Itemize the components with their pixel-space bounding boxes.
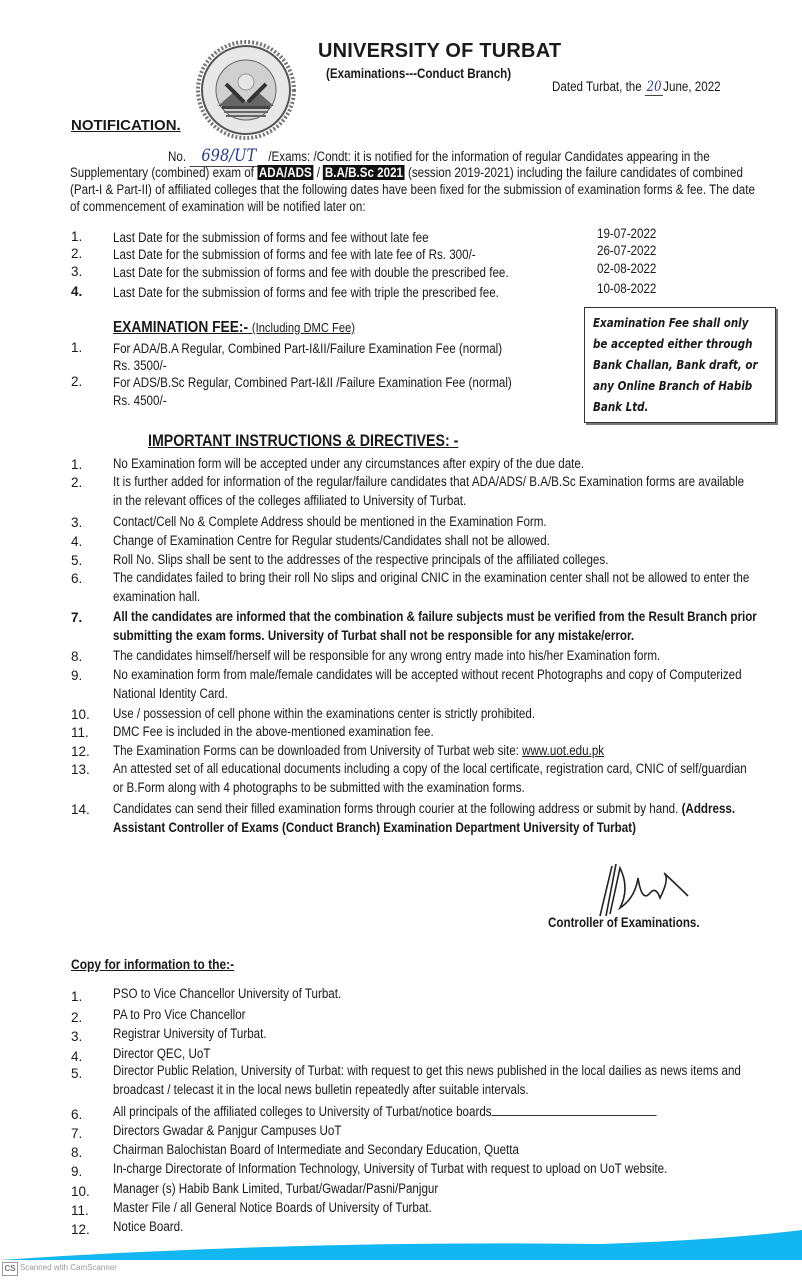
deadline-number: 2.	[71, 246, 82, 261]
no-prefix: No.	[168, 149, 186, 164]
instruction-text: DMC Fee is included in the above-mention…	[113, 723, 434, 741]
instruction-line: Roll No. Slips shall be sent to the addr…	[113, 552, 608, 567]
dated-day: 20	[645, 79, 663, 96]
intro-line-3: (Part-I & Part-II) of affiliated college…	[70, 182, 755, 197]
instruction-text: National Identity Card.	[113, 685, 228, 703]
copy-recipient: Master File / all General Notice Boards …	[113, 1199, 432, 1217]
instruction-line: or B.Form along with 4 photographs to be…	[113, 780, 525, 795]
instruction-text: Assistant Controller of Exams (Conduct B…	[113, 819, 636, 837]
instruction-number: 8.	[71, 649, 82, 664]
instruction-text: The candidates failed to bring their rol…	[113, 569, 749, 587]
scanner-footer-swoosh	[0, 1230, 802, 1270]
copy-recipient: Chairman Balochistan Board of Intermedia…	[113, 1141, 519, 1159]
instruction-number: 11.	[71, 725, 89, 740]
intro-text: (session 2019-2021) including the failur…	[408, 165, 743, 180]
fee-number: 2.	[71, 374, 82, 389]
instruction-text: in the relevant offices of the colleges …	[113, 492, 466, 510]
instruction-line: submitting the exam forms. University of…	[113, 628, 634, 643]
camscanner-watermark: Scanned with CamScanner	[20, 1263, 117, 1272]
exam-fee-note: (Including DMC Fee)	[252, 320, 355, 335]
instruction-line: The Examination Forms can be downloaded …	[113, 743, 522, 758]
dated-suffix: June, 2022	[663, 79, 720, 94]
instruction-text: Roll No. Slips shall be sent to the addr…	[113, 551, 608, 569]
instruction-number: 4.	[71, 534, 82, 549]
fee-box-line: be accepted either through	[593, 334, 743, 355]
instruction-number: 1.	[71, 457, 82, 472]
copy-recipient: PSO to Vice Chancellor University of Tur…	[113, 985, 341, 1003]
instruction-text: examination hall.	[113, 588, 200, 606]
copy-recipient-text: Registrar University of Turbat.	[113, 1026, 267, 1041]
instruction-line: All the candidates are informed that the…	[113, 609, 757, 624]
copy-number: 2.	[71, 1010, 82, 1025]
copy-recipient: PA to Pro Vice Chancellor	[113, 1006, 246, 1024]
fee-amount: Rs. 4500/-	[113, 392, 167, 410]
instruction-text: The Examination Forms can be downloaded …	[113, 742, 604, 760]
copy-recipient-text: broadcast / telecast it in the local new…	[113, 1082, 529, 1097]
instruction-line: examination hall.	[113, 589, 200, 604]
deadline-number: 4.	[71, 284, 82, 299]
copy-number: 5.	[71, 1066, 82, 1081]
copy-recipient-text: PA to Pro Vice Chancellor	[113, 1007, 246, 1022]
deadline-date: 02-08-2022	[597, 261, 656, 276]
deadline-text: Last Date for the submission of forms an…	[113, 284, 499, 302]
copy-number: 9.	[71, 1164, 82, 1179]
fee-description: For ADA/B.A Regular, Combined Part-I&II/…	[113, 340, 502, 358]
instruction-line: Assistant Controller of Exams (Conduct B…	[113, 820, 636, 835]
instruction-number: 13.	[71, 762, 90, 777]
instruction-number: 6.	[71, 571, 82, 586]
copy-recipient-text: Director QEC, UoT	[113, 1046, 210, 1061]
intro-line-4: of commencement of examination will be n…	[70, 199, 366, 214]
copy-recipient-text: All principals of the affiliated college…	[113, 1104, 492, 1119]
copy-number: 4.	[71, 1049, 82, 1064]
instruction-number: 9.	[71, 668, 82, 683]
instruction-text: or B.Form along with 4 photographs to be…	[113, 779, 525, 797]
instruction-text: Contact/Cell No & Complete Address shoul…	[113, 513, 547, 531]
instruction-number: 3.	[71, 515, 82, 530]
fee-box-line: any Online Branch of Habib	[593, 376, 743, 397]
signature-scribble	[590, 858, 700, 918]
instruction-line: The candidates failed to bring their rol…	[113, 570, 749, 585]
copy-recipient-text: In-charge Directorate of Information Tec…	[113, 1161, 667, 1176]
fee-box-line: Bank Challan, Bank draft, or	[593, 355, 743, 376]
intro-line-1: /Exams: /Condt: it is notified for the i…	[268, 149, 709, 164]
copy-recipient-text: Directors Gwadar & Panjgur Campuses UoT	[113, 1123, 341, 1138]
instruction-text: Use / possession of cell phone within th…	[113, 705, 535, 723]
deadline-number: 1.	[71, 229, 82, 244]
copy-recipient: In-charge Directorate of Information Tec…	[113, 1160, 667, 1178]
copy-number: 11.	[71, 1203, 89, 1218]
instruction-text: It is further added for information of t…	[113, 473, 744, 491]
copy-recipient-text: PSO to Vice Chancellor University of Tur…	[113, 986, 341, 1001]
controller-of-examinations: Controller of Examinations.	[548, 915, 700, 930]
instruction-line: in the relevant offices of the colleges …	[113, 493, 466, 508]
instruction-text: Change of Examination Centre for Regular…	[113, 532, 550, 550]
fee-amount: Rs. 3500/-	[113, 357, 167, 375]
instruction-number: 12.	[71, 744, 90, 759]
copy-recipient: broadcast / telecast it in the local new…	[113, 1081, 529, 1099]
intro-line-2: Supplementary (combined) exam of ADA/ADS…	[70, 165, 743, 180]
deadline-date: 10-08-2022	[597, 281, 656, 296]
address-label: (Address.	[682, 801, 736, 816]
instruction-text: The candidates himself/herself will be r…	[113, 647, 660, 665]
university-seal-logo	[196, 40, 296, 140]
fee-description: For ADS/B.Sc Regular, Combined Part-I&II…	[113, 374, 512, 392]
instruction-number: 14.	[71, 802, 90, 817]
notification-number-line: No. 698/UT/Exams: /Condt: it is notified…	[168, 146, 710, 166]
fee-box-line: Examination Fee shall only	[593, 313, 743, 334]
program-highlight-ada-ads: ADA/ADS	[257, 165, 313, 180]
instruction-line: Contact/Cell No & Complete Address shoul…	[113, 514, 547, 529]
instruction-line: DMC Fee is included in the above-mention…	[113, 724, 434, 739]
instruction-text: Candidates can send their filled examina…	[113, 800, 735, 818]
instruction-text: No Examination form will be accepted und…	[113, 455, 584, 473]
copy-recipient: Registrar University of Turbat.	[113, 1025, 267, 1043]
camscanner-logo-icon: CS	[2, 1262, 18, 1276]
copy-recipient: Directors Gwadar & Panjgur Campuses UoT	[113, 1122, 341, 1140]
instruction-line: No examination form from male/female can…	[113, 667, 742, 682]
copy-to-heading: Copy for information to the:-	[71, 956, 234, 972]
instruction-number: 5.	[71, 553, 82, 568]
instruction-line: Change of Examination Centre for Regular…	[113, 533, 550, 548]
copy-number: 7.	[71, 1126, 82, 1141]
copy-recipient-text: Master File / all General Notice Boards …	[113, 1200, 432, 1215]
instruction-line: Use / possession of cell phone within th…	[113, 706, 535, 721]
copy-recipient: Director QEC, UoT	[113, 1045, 210, 1063]
instructions-heading: IMPORTANT INSTRUCTIONS & DIRECTIVES: -	[148, 432, 458, 451]
fee-payment-notice-box: Examination Fee shall onlybe accepted ei…	[584, 307, 776, 423]
deadline-text: Last Date for the submission of forms an…	[113, 229, 429, 247]
copy-recipient-text: Director Public Relation, University of …	[113, 1063, 741, 1078]
copy-number: 6.	[71, 1107, 82, 1122]
instruction-text: submitting the exam forms. University of…	[113, 627, 634, 645]
university-name: UNIVERSITY OF TURBAT	[318, 40, 561, 63]
copy-number: 1.	[71, 989, 82, 1004]
intro-text: Supplementary (combined) exam of	[70, 165, 254, 180]
instruction-line: Candidates can send their filled examina…	[113, 801, 682, 816]
dated-prefix: Dated Turbat, the	[552, 79, 642, 94]
instruction-line: National Identity Card.	[113, 686, 228, 701]
instruction-line: An attested set of all educational docum…	[113, 761, 747, 776]
branch-name: (Examinations---Conduct Branch)	[326, 66, 511, 81]
program-highlight-ba-bsc: B.A/B.Sc 2021	[323, 165, 405, 180]
exam-fee-heading: EXAMINATION FEE:- (Including DMC Fee)	[113, 319, 355, 337]
instruction-number: 7.	[71, 610, 82, 625]
instruction-number: 2.	[71, 475, 82, 490]
copy-recipient: All principals of the affiliated college…	[113, 1103, 657, 1121]
deadline-number: 3.	[71, 264, 82, 279]
fee-box-line: Bank Ltd.	[593, 397, 743, 418]
deadline-text: Last Date for the submission of forms an…	[113, 246, 476, 264]
deadline-date: 26-07-2022	[597, 243, 656, 258]
website-link[interactable]: www.uot.edu.pk	[522, 743, 604, 758]
copy-recipient: Manager (s) Habib Bank Limited, Turbat/G…	[113, 1180, 438, 1198]
fee-number: 1.	[71, 340, 82, 355]
instruction-line: No Examination form will be accepted und…	[113, 456, 584, 471]
blank-line	[492, 1115, 657, 1116]
instruction-text: No examination form from male/female can…	[113, 666, 742, 684]
separator: /	[314, 165, 324, 180]
notification-number: 698/UT	[189, 146, 268, 167]
instruction-line: The candidates himself/herself will be r…	[113, 648, 660, 663]
instruction-text: All the candidates are informed that the…	[113, 608, 757, 626]
deadline-date: 19-07-2022	[597, 226, 656, 241]
copy-number: 8.	[71, 1145, 82, 1160]
copy-recipient-text: Chairman Balochistan Board of Intermedia…	[113, 1142, 519, 1157]
instruction-line: It is further added for information of t…	[113, 474, 744, 489]
exam-fee-title: EXAMINATION FEE:-	[113, 319, 248, 336]
instruction-number: 10.	[71, 707, 90, 722]
copy-number: 10.	[71, 1184, 90, 1199]
dated-line: Dated Turbat, the 20June, 2022	[552, 79, 721, 95]
copy-recipient-text: Manager (s) Habib Bank Limited, Turbat/G…	[113, 1181, 438, 1196]
notification-heading: NOTIFICATION.	[71, 117, 181, 134]
copy-recipient: Director Public Relation, University of …	[113, 1062, 741, 1080]
instruction-text: An attested set of all educational docum…	[113, 760, 747, 778]
deadline-text: Last Date for the submission of forms an…	[113, 264, 509, 282]
copy-number: 3.	[71, 1029, 82, 1044]
